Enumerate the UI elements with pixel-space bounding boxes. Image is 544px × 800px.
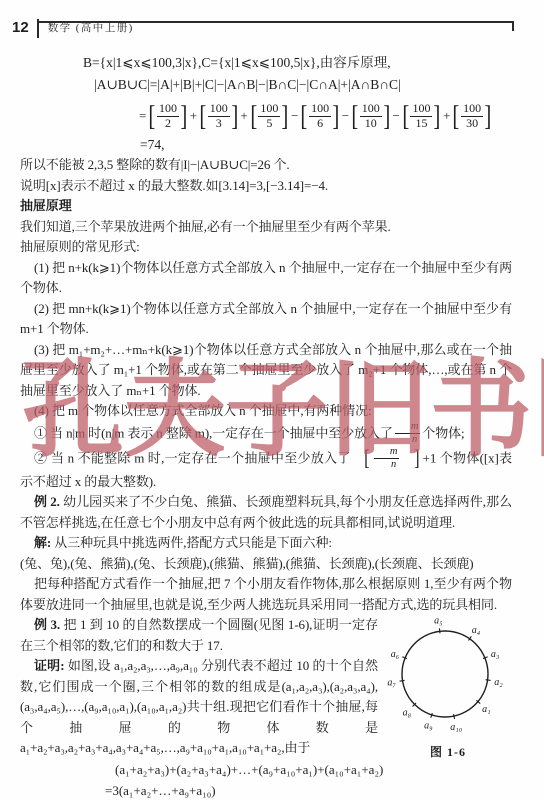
- header-title: 数学 (高中上册): [37, 19, 134, 38]
- m-over-n-fraction: mn: [395, 421, 420, 446]
- textbook-page: 12 数学 (高中上册) B={x|1⩽x⩽100,3|x},C={x|1⩽x⩽…: [0, 0, 544, 800]
- set-definition-line: B={x|1⩽x⩽100,3|x},C={x|1⩽x⩽100,5|x},由容斥原…: [83, 52, 512, 73]
- svg-text:a₂: a₂: [494, 677, 503, 688]
- page-header: 12 数学 (高中上册): [12, 19, 134, 38]
- solution-2-paragraph: 解: 从三种玩具中挑选两件,搭配方式只能是下面六种:: [20, 533, 512, 554]
- solution-2-continued: 把每种搭配方式看作一个抽屉,把 7 个小朋友看作物体,那么根据原则 1,至少有两…: [20, 574, 512, 615]
- svg-text:a₆: a₆: [391, 649, 400, 660]
- page-number: 12: [12, 19, 37, 37]
- example-3-label: 例 3.: [34, 617, 60, 632]
- svg-text:a₇: a₇: [387, 678, 396, 689]
- sum-formula-line-1: (a₁+a₂+a₃)+(a₂+a₃+a₄)+…+(a₉+a₁₀+a₁)+(a₁₀…: [115, 759, 512, 780]
- pigeonhole-form-4: (4) 把 m 个物体以任意方式全部放入 n 个抽屉中,有两种情况:: [20, 401, 512, 422]
- case-2-line: ② 当 n 不能整除 m 时,一定存在一个抽屉中至少放入了[mn]+1 个物体(…: [20, 447, 512, 493]
- union-formula-line: |A∪B∪C|=|A|+|B|+|C|−|A∩B|−|B∩C|−|C∩A|+|A…: [94, 74, 512, 95]
- example-2-paragraph: 例 2. 幼儿园买来了不少白兔、熊猫、长颈鹿塑料玩具,每个小朋友任意选择两件,那…: [20, 492, 512, 533]
- toy-combinations-line: (兔、兔),(兔、熊猫),(兔、长颈鹿),(熊猫、熊猫),(熊猫、长颈鹿),(长…: [20, 554, 512, 575]
- result-line: =74,: [140, 134, 512, 155]
- m-over-n-fraction: mn: [374, 446, 399, 471]
- circle-figure: a₅a₄a₃a₂a₁a₁₀a₉a₈a₇a₆ 图 1-6: [384, 615, 512, 760]
- forms-lead-line: 抽屉原则的常见形式:: [20, 237, 512, 258]
- proof-label: 证明:: [34, 658, 65, 673]
- conclusion-line: 所以不能被 2,3,5 整除的数有|I|−|A∪B∪C|=26 个.: [20, 155, 512, 176]
- pigeonhole-form-1: (1) 把 n+k(k⩾1)个物体以任意方式全部放入 n 个抽屉中,一定存在一个…: [20, 258, 512, 299]
- svg-text:a₅: a₅: [434, 616, 443, 627]
- section-title: 抽屉原理: [20, 196, 512, 217]
- page-content: B={x|1⩽x⩽100,3|x},C={x|1⩽x⩽100,5|x},由容斥原…: [20, 52, 512, 800]
- floor-fraction-line: =[1002]+[1003]+[1005]−[1006]−[10010]−[10…: [138, 99, 512, 133]
- note-line: 说明[x]表示不超过 x 的最大整数.如[3.14]=3,[−3.14]=−4.: [20, 176, 512, 197]
- svg-text:a₄: a₄: [472, 625, 481, 636]
- case-1-line: ① 当 n|m 时(n|m 表示 n 整除 m),一定存在一个抽屉中至少放入了m…: [20, 422, 512, 447]
- intro-line: 我们知道,三个苹果放进两个抽屉,必有一个抽屉里至少有两个苹果.: [20, 217, 512, 238]
- solution-label: 解:: [34, 535, 51, 550]
- right-floor-bracket: ]: [404, 447, 420, 469]
- svg-text:a₈: a₈: [403, 708, 412, 719]
- svg-text:a₃: a₃: [491, 649, 500, 660]
- svg-text:a₁₀: a₁₀: [450, 722, 462, 733]
- circle-diagram: a₅a₄a₃a₂a₁a₁₀a₉a₈a₇a₆: [384, 615, 512, 737]
- svg-text:a₉: a₉: [424, 721, 433, 732]
- figure-caption: 图 1-6: [384, 743, 512, 760]
- svg-text:a₁: a₁: [482, 704, 490, 715]
- sum-formula-line-2: =3(a₁+a₂+…+a₉+a₁₀): [105, 780, 512, 800]
- left-floor-bracket: [: [353, 447, 369, 469]
- pigeonhole-form-2: (2) 把 mn+k(k⩾1)个物体以任意方式全部放入 n 个抽屉中,一定存在一…: [20, 299, 512, 340]
- example-2-label: 例 2.: [34, 494, 60, 509]
- pigeonhole-form-3: (3) 把 m₁+m₂+…+mₙ+k(k⩾1)个物体以任意方式全部放入 n 个抽…: [20, 340, 512, 402]
